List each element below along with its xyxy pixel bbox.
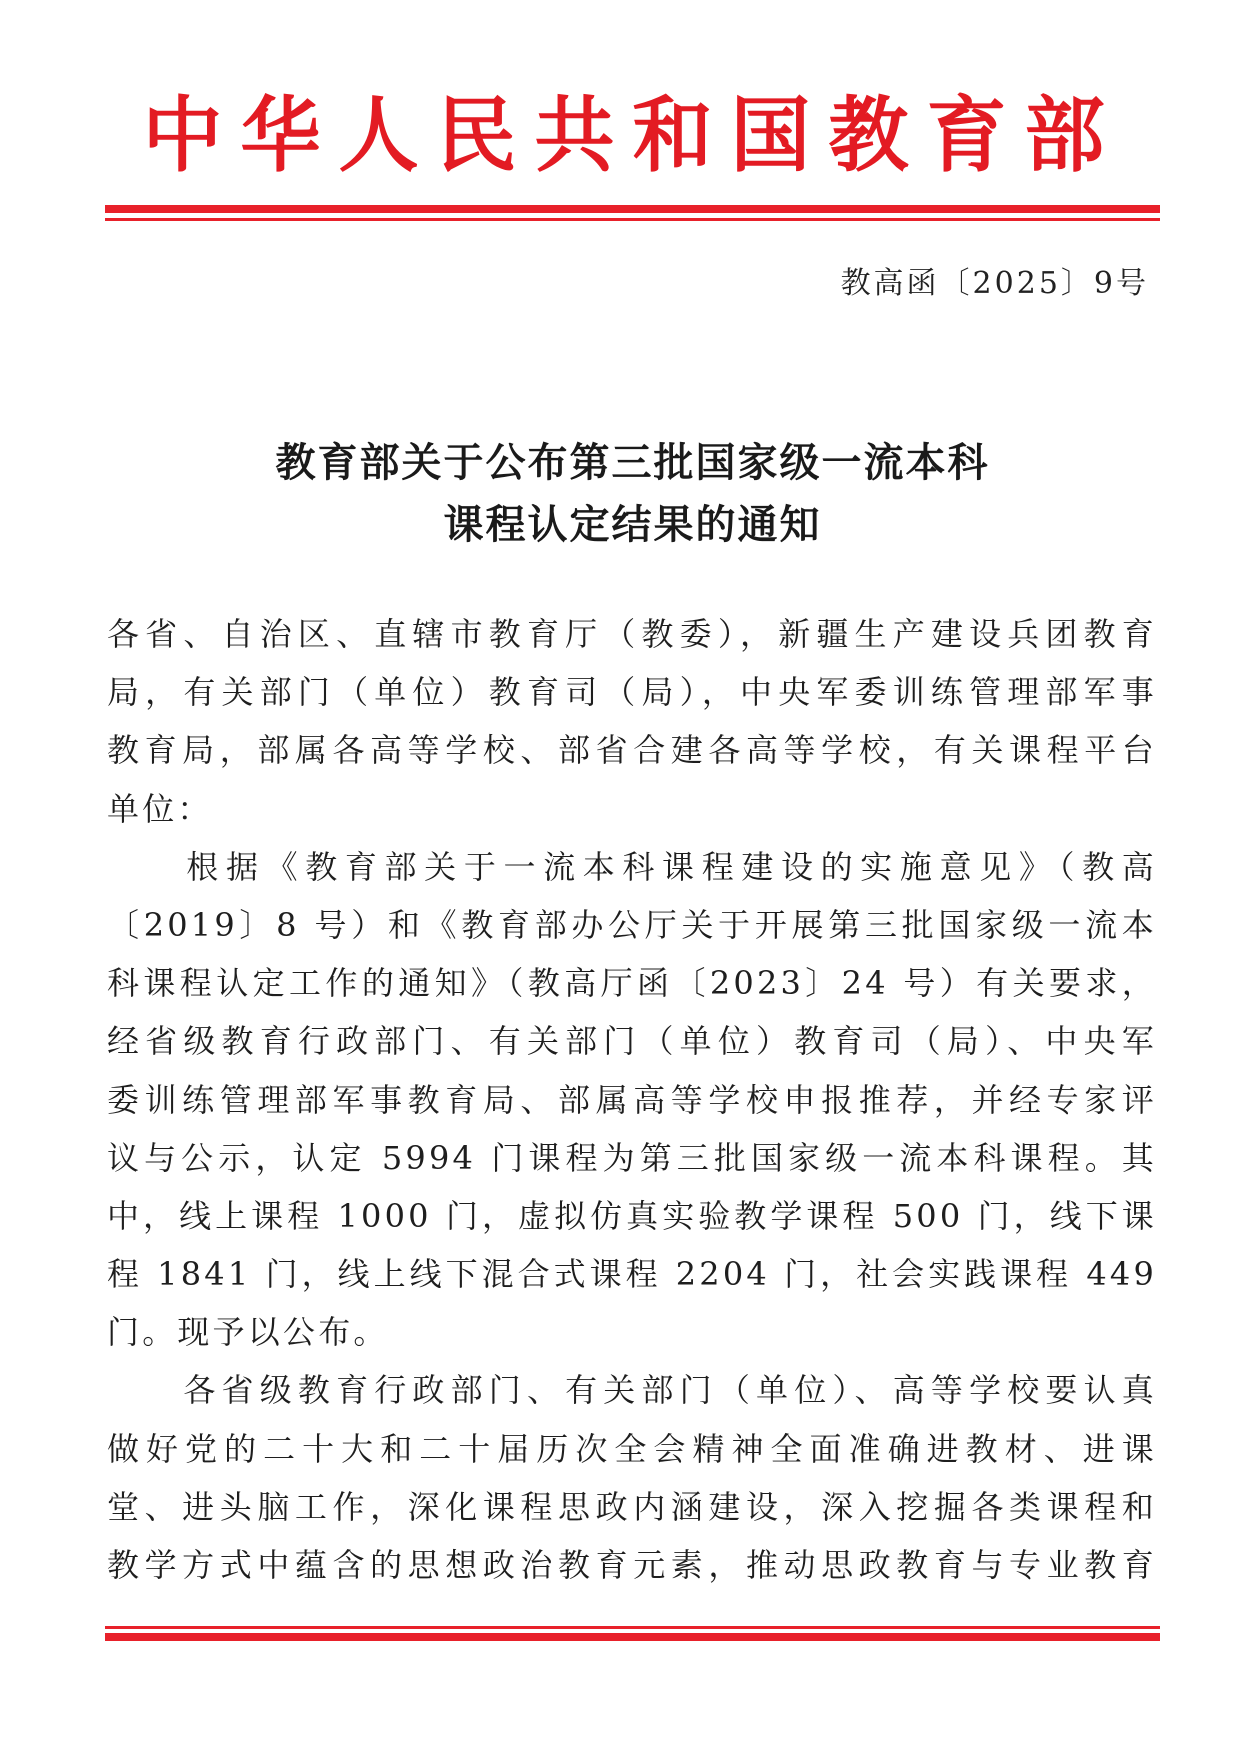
body-line: 中，线上课程 1000 门，虚拟仿真实验教学课程 500 门，线下课 bbox=[107, 1187, 1157, 1245]
body-line: 门。现予以公布。 bbox=[107, 1303, 1157, 1361]
body-line: 教育局，部属各高等学校、部省合建各高等学校，有关课程平台 bbox=[107, 721, 1157, 779]
document-page: 中华人民共和国教育部 教高函〔2025〕9号 教育部关于公布第三批国家级一流本科… bbox=[0, 0, 1247, 1760]
body-line: 根据《教育部关于一流本科课程建设的实施意见》（教高 bbox=[107, 838, 1157, 896]
body-line: 堂、进头脑工作，深化课程思政内涵建设，深入挖掘各类课程和 bbox=[107, 1478, 1157, 1536]
body-line: 〔2019〕8 号）和《教育部办公厅关于开展第三批国家级一流本 bbox=[107, 896, 1157, 954]
bottom-rule-thick bbox=[105, 1633, 1160, 1641]
body-line: 各省、自治区、直辖市教育厅（教委），新疆生产建设兵团教育 bbox=[107, 605, 1157, 663]
document-number: 教高函〔2025〕9号 bbox=[841, 258, 1149, 302]
bottom-rule-thin bbox=[105, 1626, 1160, 1629]
top-rule-thin bbox=[105, 218, 1160, 221]
document-title: 教育部关于公布第三批国家级一流本科 课程认定结果的通知 bbox=[105, 432, 1160, 556]
document-body: 各省、自治区、直辖市教育厅（教委），新疆生产建设兵团教育 局，有关部门（单位）教… bbox=[107, 605, 1157, 1594]
title-line-2: 课程认定结果的通知 bbox=[105, 494, 1160, 556]
body-line: 科课程认定工作的通知》（教高厅函〔2023〕24 号）有关要求， bbox=[107, 954, 1157, 1012]
body-line: 经省级教育行政部门、有关部门（单位）教育司（局）、中央军 bbox=[107, 1012, 1157, 1070]
title-line-1: 教育部关于公布第三批国家级一流本科 bbox=[105, 432, 1160, 494]
body-line: 做好党的二十大和二十届历次全会精神全面准确进教材、进课 bbox=[107, 1420, 1157, 1478]
body-line: 程 1841 门，线上线下混合式课程 2204 门，社会实践课程 449 bbox=[107, 1245, 1157, 1303]
body-line: 各省级教育行政部门、有关部门（单位）、高等学校要认真 bbox=[107, 1361, 1157, 1419]
masthead-title: 中华人民共和国教育部 bbox=[105, 77, 1160, 179]
body-line: 局，有关部门（单位）教育司（局），中央军委训练管理部军事 bbox=[107, 663, 1157, 721]
body-line: 议与公示，认定 5994 门课程为第三批国家级一流本科课程。其 bbox=[107, 1129, 1157, 1187]
body-line: 教学方式中蕴含的思想政治教育元素，推动思政教育与专业教育 bbox=[107, 1536, 1157, 1594]
body-line: 委训练管理部军事教育局、部属高等学校申报推荐，并经专家评 bbox=[107, 1071, 1157, 1129]
body-line: 单位： bbox=[107, 780, 1157, 838]
top-rule-thick bbox=[105, 205, 1160, 213]
